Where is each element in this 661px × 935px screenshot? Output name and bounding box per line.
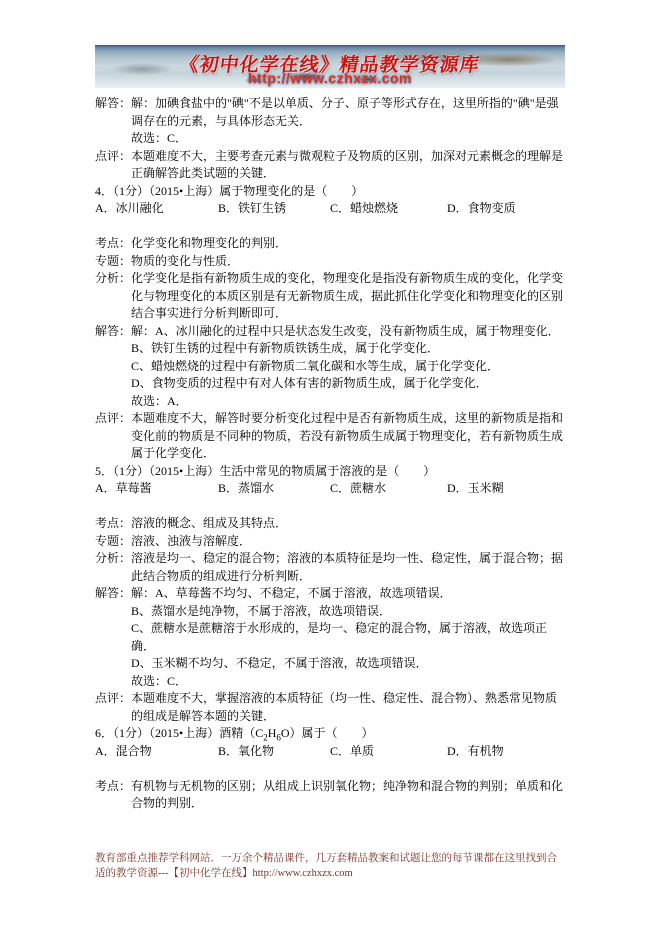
- question-6: 6．（1分）（2015•上海）酒精（C2H6O）属于（ ）: [95, 725, 565, 743]
- dianping-text: 本题难度不大，解答时要分析变化过程中是否有新物质生成，这里的新物质是指和变化前的…: [131, 410, 565, 463]
- jieda-block: 解答： 解：A、草莓酱不均匀、不稳定，不属于溶液，故选项错误． B、蒸馏水是纯净…: [95, 585, 565, 690]
- question-6-text: 6．（1分）（2015•上海）酒精（C: [95, 726, 263, 740]
- option-b: B．氧化物: [218, 743, 330, 761]
- option-d: D．玉米糊: [447, 480, 565, 498]
- fenxi-text: 化学变化是指有新物质生成的变化，物理变化是指没有新物质生成的变化，化学变化与物理…: [131, 270, 565, 323]
- option-c: C．单质: [330, 743, 447, 761]
- intro-answer-block: 解答： 解：加碘食盐中的"碘"不是以单质、分子、原子等形式存在，这里所指的"碘"…: [95, 95, 565, 148]
- question-6-tail: O）属于（ ）: [281, 726, 374, 740]
- zhuanti-label: 专题：: [95, 533, 131, 551]
- fenxi-label: 分析：: [95, 550, 131, 568]
- dianping-text: 本题难度不大，掌握溶液的本质特征（均一性、稳定性、混合物）、熟悉常见物质的组成是…: [131, 690, 565, 725]
- dianping-block: 点评： 本题难度不大，掌握溶液的本质特征（均一性、稳定性、混合物）、熟悉常见物质…: [95, 690, 565, 725]
- dianping-block: 点评： 本题难度不大，解答时要分析变化过程中是否有新物质生成，这里的新物质是指和…: [95, 410, 565, 463]
- answer-choice-text: 故选：C．: [131, 130, 565, 148]
- fenxi-block: 分析： 溶液是均一、稳定的混合物；溶液的本质特征是均一性、稳定性，属于混合物；据…: [95, 550, 565, 585]
- document-body: 解答： 解：加碘食盐中的"碘"不是以单质、分子、原子等形式存在，这里所指的"碘"…: [95, 95, 565, 813]
- jieda-step-a: 解：A、冰川融化的过程中只是状态发生改变，没有新物质生成，属于物理变化．: [131, 323, 565, 341]
- dianping-label: 点评：: [95, 690, 131, 708]
- jieda-step-a: 解：A、草莓酱不均匀、不稳定，不属于溶液，故选项错误．: [131, 585, 565, 603]
- answer-paragraphs: 解：加碘食盐中的"碘"不是以单质、分子、原子等形式存在，这里所指的"碘"是强调存…: [131, 95, 565, 148]
- option-a: A．草莓酱: [95, 480, 218, 498]
- question-5-options: A．草莓酱 B．蒸馏水 C．蔗糖水 D．玉米糊: [95, 480, 565, 498]
- kaodian-text: 有机物与无机物的区别；从组成上识别氧化物；纯净物和混合物的判别；单质和化合物的判…: [131, 778, 565, 813]
- question-6-analysis: 考点： 有机物与无机物的区别；从组成上识别氧化物；纯净物和混合物的判别；单质和化…: [95, 778, 565, 813]
- question-4-analysis: 考点： 化学变化和物理变化的判别． 专题： 物质的变化与性质． 分析： 化学变化…: [95, 235, 565, 463]
- comment-paragraphs: 本题难度不大，主要考查元素与微观粒子及物质的区别，加深对元素概念的理解是正确解答…: [131, 148, 565, 183]
- jieda-paragraphs: 解：A、草莓酱不均匀、不稳定，不属于溶液，故选项错误． B、蒸馏水是纯净物，不属…: [131, 585, 565, 690]
- option-d: D．有机物: [447, 743, 565, 761]
- zhuanti-label: 专题：: [95, 253, 131, 271]
- kaodian-label: 考点：: [95, 515, 131, 533]
- kaodian-label: 考点：: [95, 235, 131, 253]
- comment-label: 点评：: [95, 148, 131, 166]
- document-page: 《初中化学在线》精品教学资源库 http://www.czhxzx.com 解答…: [0, 0, 661, 935]
- jieda-paragraphs: 解：A、冰川融化的过程中只是状态发生改变，没有新物质生成，属于物理变化． B、铁…: [131, 323, 565, 411]
- zhuanti-text: 物质的变化与性质．: [131, 253, 565, 271]
- site-banner: 《初中化学在线》精品教学资源库 http://www.czhxzx.com: [95, 45, 565, 88]
- kaodian-label: 考点：: [95, 778, 131, 796]
- option-c: C．蜡烛燃烧: [330, 200, 447, 218]
- question-6-options: A．混合物 B．氧化物 C．单质 D．有机物: [95, 743, 565, 761]
- jieda-choice: 故选：A．: [131, 393, 565, 411]
- option-b: B．铁钉生锈: [218, 200, 330, 218]
- option-d: D．食物变质: [447, 200, 565, 218]
- jieda-step-b: B、铁钉生锈的过程中有新物质铁锈生成，属于化学变化．: [131, 340, 565, 358]
- question-5-analysis: 考点： 溶液的概念、组成及其特点． 专题： 溶液、浊液与溶解度． 分析： 溶液是…: [95, 515, 565, 725]
- jieda-choice: 故选：C．: [131, 673, 565, 691]
- question-4-options: A．冰川融化 B．铁钉生锈 C．蜡烛燃烧 D．食物变质: [95, 200, 565, 218]
- answer-label: 解答：: [95, 95, 131, 113]
- jieda-step-d: D、食物变质的过程中有对人体有害的新物质生成，属于化学变化．: [131, 375, 565, 393]
- zhuanti-block: 专题： 溶液、浊液与溶解度．: [95, 533, 565, 551]
- answer-text: 解：加碘食盐中的"碘"不是以单质、分子、原子等形式存在，这里所指的"碘"是强调存…: [131, 95, 565, 130]
- kaodian-text: 溶液的概念、组成及其特点．: [131, 515, 565, 533]
- fenxi-block: 分析： 化学变化是指有新物质生成的变化，物理变化是指没有新物质生成的变化，化学变…: [95, 270, 565, 323]
- jieda-label: 解答：: [95, 323, 131, 341]
- option-a: A．冰川融化: [95, 200, 218, 218]
- zhuanti-text: 溶液、浊液与溶解度．: [131, 533, 565, 551]
- intro-comment-block: 点评： 本题难度不大，主要考查元素与微观粒子及物质的区别，加深对元素概念的理解是…: [95, 148, 565, 183]
- kaodian-block: 考点： 溶液的概念、组成及其特点．: [95, 515, 565, 533]
- comment-text: 本题难度不大，主要考查元素与微观粒子及物质的区别，加深对元素概念的理解是正确解答…: [131, 148, 565, 183]
- jieda-step-b: B、蒸馏水是纯净物，不属于溶液，故选项错误．: [131, 603, 565, 621]
- dianping-label: 点评：: [95, 410, 131, 428]
- jieda-block: 解答： 解：A、冰川融化的过程中只是状态发生改变，没有新物质生成，属于物理变化．…: [95, 323, 565, 411]
- jieda-label: 解答：: [95, 585, 131, 603]
- question-5: 5．（1分）（2015•上海）生活中常见的物质属于溶液的是（ ）: [95, 463, 565, 481]
- option-a: A．混合物: [95, 743, 218, 761]
- fenxi-text: 溶液是均一、稳定的混合物；溶液的本质特征是均一性、稳定性，属于混合物；据此结合物…: [131, 550, 565, 585]
- question-4: 4．（1分）（2015•上海）属于物理变化的是（ ）: [95, 183, 565, 201]
- banner-url: http://www.czhxzx.com: [95, 70, 565, 86]
- kaodian-text: 化学变化和物理变化的判别．: [131, 235, 565, 253]
- jieda-step-d: D、玉米糊不均匀、不稳定，不属于溶液，故选项错误．: [131, 655, 565, 673]
- option-b: B．蒸馏水: [218, 480, 330, 498]
- kaodian-block: 考点： 化学变化和物理变化的判别．: [95, 235, 565, 253]
- option-c: C．蔗糖水: [330, 480, 447, 498]
- fenxi-label: 分析：: [95, 270, 131, 288]
- jieda-step-c: C、蔗糖水是蔗糖溶于水形成的，是均一、稳定的混合物，属于溶液，故选项正确．: [131, 620, 565, 655]
- jieda-step-c: C、蜡烛燃烧的过程中有新物质二氧化碳和水等生成，属于化学变化．: [131, 358, 565, 376]
- zhuanti-block: 专题： 物质的变化与性质．: [95, 253, 565, 271]
- kaodian-block: 考点： 有机物与无机物的区别；从组成上识别氧化物；纯净物和混合物的判别；单质和化…: [95, 778, 565, 813]
- footer-promo: 教育部重点推荐学科网站．一万余个精品课件，几万套精品教案和试题让您的每节课都在这…: [95, 851, 565, 881]
